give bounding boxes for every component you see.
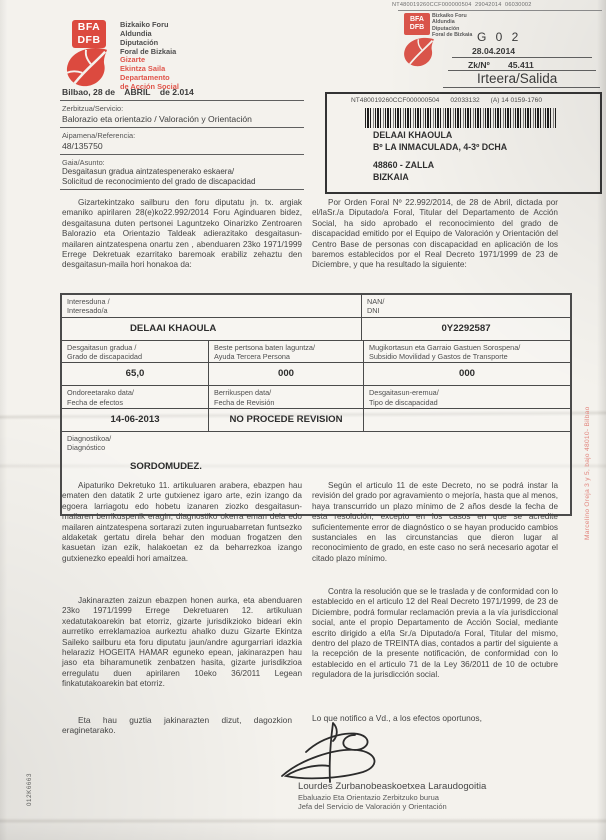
office-address-vertical-text: Marcelino Oreja 3 y 5, bajo 48010- Bilba… [584, 290, 591, 540]
diagnosis-label-cell: Diagnostikoa/ Diagnóstico [62, 432, 570, 454]
paragraph-text: Jakinarazten zaizun ebazpen honen aurka,… [62, 596, 302, 690]
stamp-number-value: 45.411 [508, 60, 534, 70]
paper-crease [0, 818, 606, 824]
paragraph-text: Contra la resolución que se le traslada … [312, 587, 558, 681]
effects-date-label-cell: Ondoreetarako data/ Fecha de efectos [62, 386, 209, 408]
divider [60, 100, 304, 101]
revision-date-label-cell: Berrikuspen data/ Fecha de Revisión [209, 386, 364, 408]
service-value: Balorazio eta orientazio / Valoración y … [62, 114, 252, 124]
table-row: 14-06-2013 NO PROCEDE REVISION [62, 409, 570, 432]
revision-date-value-cell: NO PROCEDE REVISION [209, 409, 364, 431]
grade-value-cell: 65,0 [62, 363, 209, 385]
paragraph-text: Por Orden Foral Nº 22.992/2014, de 28 de… [312, 198, 558, 271]
divider [60, 154, 304, 155]
body-spanish-p1: Por Orden Foral Nº 22.992/2014, de 28 de… [312, 198, 558, 271]
stamp-number-label: Zk/Nº [468, 60, 490, 70]
dateline: Bilbao, 28 de ABRIL de 2.014 [62, 87, 194, 97]
table-row: DELAAI KHAOULA 0Y2292587 [62, 318, 570, 341]
paragraph-text: Gizartekintzako sailburu den foru diputa… [62, 198, 302, 271]
table-row: Desgaitasun gradua / Grado de discapacid… [62, 341, 570, 364]
table-row: 65,0 000 000 [62, 363, 570, 386]
divider [60, 127, 304, 128]
divider [452, 57, 592, 58]
service-label: Zerbitzua/Servicio: [62, 104, 123, 113]
scanned-letter: NT480019260CCF000000504 29042014 0603000… [0, 0, 606, 840]
paragraph-text: Según el articulo 11 de este Decreto, no… [312, 481, 558, 564]
table-row: Interesduna / Interesado/a NAN/ DNI [62, 295, 570, 318]
top-reference-code: NT480019260CCF000000504 29042014 0603000… [392, 2, 604, 8]
third-person-help-value-cell: 000 [209, 363, 364, 385]
mobility-subsidy-value-cell: 000 [364, 363, 570, 385]
paragraph-text: Eta hau guztia jakinarazten dizut, dagoz… [62, 715, 292, 736]
body-basque-p3: Jakinarazten zaizun ebazpen honen aurka,… [62, 596, 302, 690]
recipient-province: BIZKAIA [373, 172, 409, 182]
recipient-address-box: NT480019260CCF000000504 02033132 (A) 14 … [325, 92, 602, 194]
interested-value-cell: DELAAI KHAOULA [62, 318, 362, 340]
disability-type-label-cell: Desgaitasun-eremua/ Tipo de discapacidad [364, 386, 570, 408]
barcode [365, 108, 557, 128]
org-name: Bizkaiko Foru Aldundia Diputación Foral … [120, 21, 176, 57]
recipient-postal-city: 48860 - ZALLA [373, 160, 434, 170]
address-code-line: NT480019260CCF000000504 02033132 (A) 14 … [351, 97, 542, 104]
recipient-street: Bº LA INMACULADA, 4-3º DCHA [373, 142, 507, 152]
divider [443, 87, 600, 88]
dni-label-cell: NAN/ DNI [362, 295, 570, 317]
recipient-name: DELAAI KHAOULA [373, 130, 452, 140]
oak-leaf-icon [64, 46, 110, 88]
table-row: Diagnostikoa/ Diagnóstico [62, 432, 570, 454]
body-basque-p1: Gizartekintzako sailburu den foru diputa… [62, 198, 302, 271]
reference-label: Aipamena/Referencia: [62, 131, 135, 140]
body-spanish-p2: Según el articulo 11 de este Decreto, no… [312, 481, 558, 564]
paragraph-text: Aipaturiko Dekretuko 11. artikuluaren ar… [62, 481, 302, 564]
stamp-code: G 0 2 [477, 30, 521, 44]
effects-date-value-cell: 14-06-2013 [62, 409, 209, 431]
stamp-exit-label: Irteera/Salida [477, 71, 557, 86]
subject-value: Desgaitasun gradua aintzatespenerako esk… [62, 167, 255, 187]
signer-name: Lourdes Zurbanobeaskoetxea Laraudogoitia [298, 781, 486, 792]
signer-title-basque: Ebaluazio Eta Orientazio Zerbitzuko buru… [298, 793, 439, 802]
stamp-bfa-dfb-logo: BFA DFB [404, 13, 430, 35]
divider [398, 10, 602, 11]
bfa-dfb-logo: BFA DFB [72, 20, 106, 48]
reference-value: 48/135750 [62, 141, 103, 151]
grade-label-cell: Desgaitasun gradua / Grado de discapacid… [62, 341, 209, 363]
stamp-oak-leaf-icon [402, 36, 436, 68]
stamp-date: 28.04.2014 [472, 46, 515, 56]
body-basque-p2: Aipaturiko Dekretuko 11. artikuluaren ar… [62, 481, 302, 564]
form-serial-vertical-text: 012K6663 [26, 742, 33, 806]
subject-label: Gaia/Asunto: [62, 158, 105, 167]
closing-basque: Eta hau guztia jakinarazten dizut, dagoz… [62, 715, 292, 736]
signer-title-spanish: Jefa del Servicio de Valoración y Orient… [298, 802, 447, 811]
dni-value-cell: 0Y2292587 [362, 318, 570, 340]
third-person-help-label-cell: Beste pertsona baten laguntza/ Ayuda Ter… [209, 341, 364, 363]
disability-type-value-cell [364, 409, 570, 431]
table-row: Ondoreetarako data/ Fecha de efectos Ber… [62, 386, 570, 409]
interested-label-cell: Interesduna / Interesado/a [62, 295, 362, 317]
divider [60, 189, 304, 190]
body-spanish-p3: Contra la resolución que se le traslada … [312, 587, 558, 681]
mobility-subsidy-label-cell: Mugikortasun eta Garraio Gastuen Sorospe… [364, 341, 570, 363]
